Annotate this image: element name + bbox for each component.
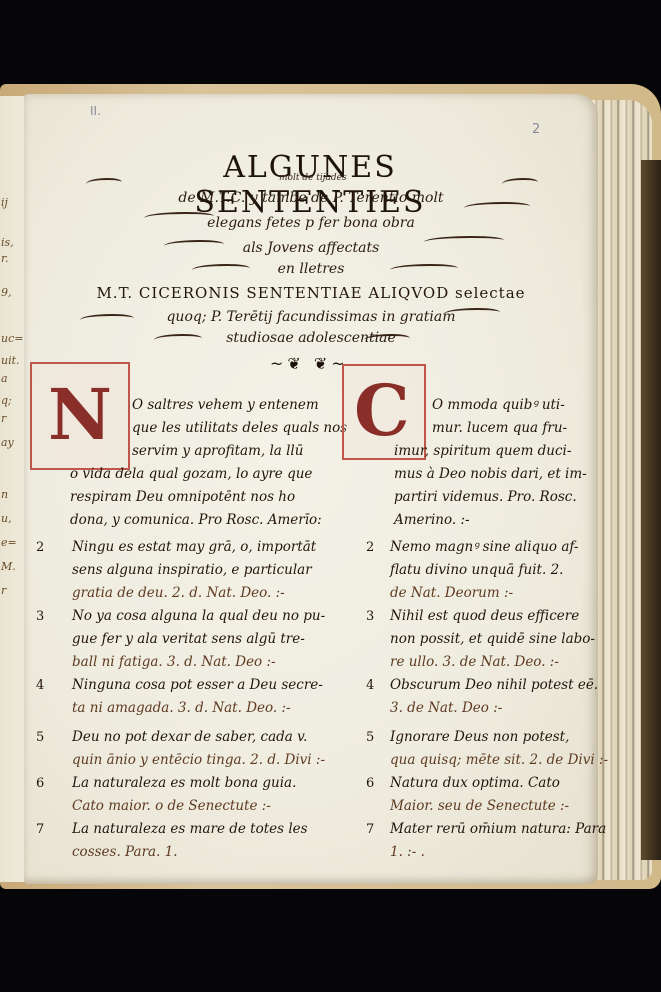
- entry-number: 6: [36, 772, 44, 795]
- text-line: No ya cosa alguna la qual deu no pu-: [72, 605, 322, 628]
- left-column-intro-cont: o vida dela qual gozam, lo ayre que resp…: [70, 463, 322, 532]
- decorative-swash: [86, 178, 122, 188]
- entry-number: 5: [36, 726, 44, 749]
- text-line: Ningu es estat may grā, o, importāt: [72, 536, 322, 559]
- leaf-fragment: ay: [1, 436, 14, 449]
- text-line: Nihil est quod deus efficere: [390, 605, 590, 628]
- heading-catalan-line: en lletres: [24, 261, 598, 277]
- sentence-entry: 2 Nemo magnꝰ sine aliquo af- flatu divin…: [390, 536, 590, 605]
- entry-number: 7: [366, 818, 374, 841]
- entry-number: 4: [36, 674, 44, 697]
- leaf-fragment: u,: [1, 512, 12, 525]
- heading-latin-line: studiosae adolescentiae: [24, 330, 598, 346]
- sentence-entry: 5 Ignorare Deus non potest, qua quisq; m…: [390, 726, 590, 772]
- sentence-entry: 4 Ninguna cosa pot esser a Deu secre- ta…: [72, 674, 322, 720]
- folio-number-left: II.: [90, 104, 101, 118]
- text-line: quin ānio y entēcio tinga. 2. d. Divi :-: [72, 749, 322, 772]
- text-line: ta ni amagada. 3. d. Nat. Deo. :-: [72, 697, 322, 720]
- left-column-intro: O saltres vehem y entenem que les utilit…: [132, 394, 347, 463]
- decorative-swash: [502, 178, 538, 188]
- text-line: Mater rerū om̄ium natura: Para: [390, 818, 590, 841]
- text-line: Ninguna cosa pot esser a Deu secre-: [72, 674, 322, 697]
- manuscript-page: II. 2 ALGUNES SENTENTIES molt de tijades…: [24, 94, 598, 884]
- leaf-fragment: a: [1, 372, 8, 385]
- sentence-entry: 6 Natura dux optima. Cato Maior. seu de …: [390, 772, 590, 818]
- entry-number: 3: [366, 605, 374, 628]
- text-line: 3. de Nat. Deo :-: [390, 697, 590, 720]
- entry-number: 3: [36, 605, 44, 628]
- binding-edge: [641, 160, 661, 860]
- leaf-fragment: is,: [1, 236, 14, 249]
- leaf-fragment: n: [1, 488, 8, 501]
- sentence-entry: 3 Nihil est quod deus efficere non possi…: [390, 605, 590, 674]
- text-line: Obscurum Deo nihil potest eē.: [390, 674, 590, 697]
- sentence-entry: 7 La naturaleza es mare de totes les cos…: [72, 818, 322, 864]
- entry-number: 2: [366, 536, 374, 559]
- entry-number: 7: [36, 818, 44, 841]
- text-line: ball ni fatiga. 3. d. Nat. Deo :-: [72, 651, 322, 674]
- leaf-fragment: M.: [1, 560, 16, 573]
- text-line: non possit, et quidē sine labo-: [390, 628, 590, 651]
- decorated-initial-c: C: [354, 376, 410, 446]
- sentence-entry: 4 Obscurum Deo nihil potest eē. 3. de Na…: [390, 674, 590, 720]
- text-line: imur, spiritum quem duci-: [394, 440, 587, 463]
- text-line: mur. lucem qua fru-: [432, 417, 567, 440]
- text-line: Ignorare Deus non potest,: [390, 726, 590, 749]
- leaf-fragment: 9,: [1, 286, 12, 299]
- previous-leaf-edge: ij is, r. 9, uc= uit. a q; r ay n u, e= …: [0, 96, 27, 882]
- sentence-entry: 2 Ningu es estat may grā, o, importāt se…: [72, 536, 322, 605]
- text-line: re ullo. 3. de Nat. Deo. :-: [390, 651, 590, 674]
- text-line: respiram Deu omnipotēnt nos ho: [70, 486, 322, 509]
- leaf-fragment: q;: [1, 394, 12, 407]
- leaf-fragment: e=: [1, 536, 17, 549]
- text-line: La naturaleza es mare de totes les: [72, 818, 322, 841]
- text-line: qua quisq; mēte sit. 2. de Divi :-: [390, 749, 590, 772]
- entry-number: 6: [366, 772, 374, 795]
- text-line: servim y aprofitam, la llū: [132, 440, 347, 463]
- title-interlinear-note: molt de tijades: [279, 173, 347, 183]
- entry-number: 2: [36, 536, 44, 559]
- text-line: gue fer y ala veritat sens algū tre-: [72, 628, 322, 651]
- text-line: flatu divino unquā fuit. 2.: [390, 559, 590, 582]
- heading-catalan-line: elegans fetes p fer bona obra: [24, 215, 598, 231]
- text-line: 1. :- .: [390, 841, 590, 864]
- text-line: cosses. Para. 1.: [72, 841, 322, 864]
- sentence-entry: 3 No ya cosa alguna la qual deu no pu- g…: [72, 605, 322, 674]
- text-line: gratia de deu. 2. d. Nat. Deo. :-: [72, 582, 322, 605]
- leaf-fragment: uit.: [1, 354, 20, 367]
- leaf-fragment: ij: [1, 196, 8, 209]
- text-line: La naturaleza es molt bona guia.: [72, 772, 322, 795]
- decorated-initial-n: N: [48, 380, 112, 450]
- text-line: O saltres vehem y entenem: [132, 394, 347, 417]
- sentence-entry: 7 Mater rerū om̄ium natura: Para 1. :- .: [390, 818, 590, 864]
- text-line: que les utilitats deles quals nos: [132, 417, 347, 440]
- left-column-entries: 2 Ningu es estat may grā, o, importāt se…: [72, 536, 322, 864]
- text-line: partiri videmus. Pro. Rosc.: [394, 486, 587, 509]
- leaf-fragment: r.: [1, 252, 9, 265]
- leaf-fragment: uc=: [1, 332, 23, 345]
- text-line: Maior. seu de Senectute :-: [390, 795, 590, 818]
- text-line: sens alguna inspiratio, e particular: [72, 559, 322, 582]
- leaf-fragment: r: [1, 584, 6, 597]
- text-line: o vida dela qual gozam, lo ayre que: [70, 463, 322, 486]
- entry-number: 4: [366, 674, 374, 697]
- text-line: mus à Deo nobis dari, et im-: [394, 463, 587, 486]
- decorative-swash: [464, 202, 530, 212]
- folio-number-right: 2: [532, 122, 540, 137]
- heading-latin-line: M.T. CICERONIS SENTENTIAE ALIQVOD select…: [24, 284, 598, 302]
- page-title: ALGUNES SENTENTIES: [120, 150, 500, 220]
- text-line: Amerino. :-: [394, 509, 587, 532]
- right-column-intro: O mmoda quibꝰ uti- mur. lucem qua fru-: [432, 394, 567, 440]
- heading-catalan-line: als Jovens affectats: [24, 240, 598, 256]
- text-line: Nemo magnꝰ sine aliquo af-: [390, 536, 590, 559]
- initial-frame-left: N: [30, 362, 130, 470]
- text-line: Natura dux optima. Cato: [390, 772, 590, 795]
- text-line: O mmoda quibꝰ uti-: [432, 394, 567, 417]
- sentence-entry: 6 La naturaleza es molt bona guia. Cato …: [72, 772, 322, 818]
- entry-number: 5: [366, 726, 374, 749]
- sentence-entry: 5 Deu no pot dexar de saber, cada v. qui…: [72, 726, 322, 772]
- dolphin-ornament-icon: ~❦ ❦~: [270, 354, 349, 373]
- heading-latin-line: quoq; P. Terētij facundissimas in gratia…: [24, 309, 598, 325]
- text-line: dona, y comunica. Pro Rosc. Amerīo:: [70, 509, 322, 532]
- right-column-entries: 2 Nemo magnꝰ sine aliquo af- flatu divin…: [390, 536, 590, 864]
- leaf-fragment: r: [1, 412, 6, 425]
- text-line: Cato maior. o de Senectute :-: [72, 795, 322, 818]
- right-column-intro-cont: imur, spiritum quem duci- mus à Deo nobi…: [394, 440, 587, 532]
- text-line: de Nat. Deorum :-: [390, 582, 590, 605]
- text-line: Deu no pot dexar de saber, cada v.: [72, 726, 322, 749]
